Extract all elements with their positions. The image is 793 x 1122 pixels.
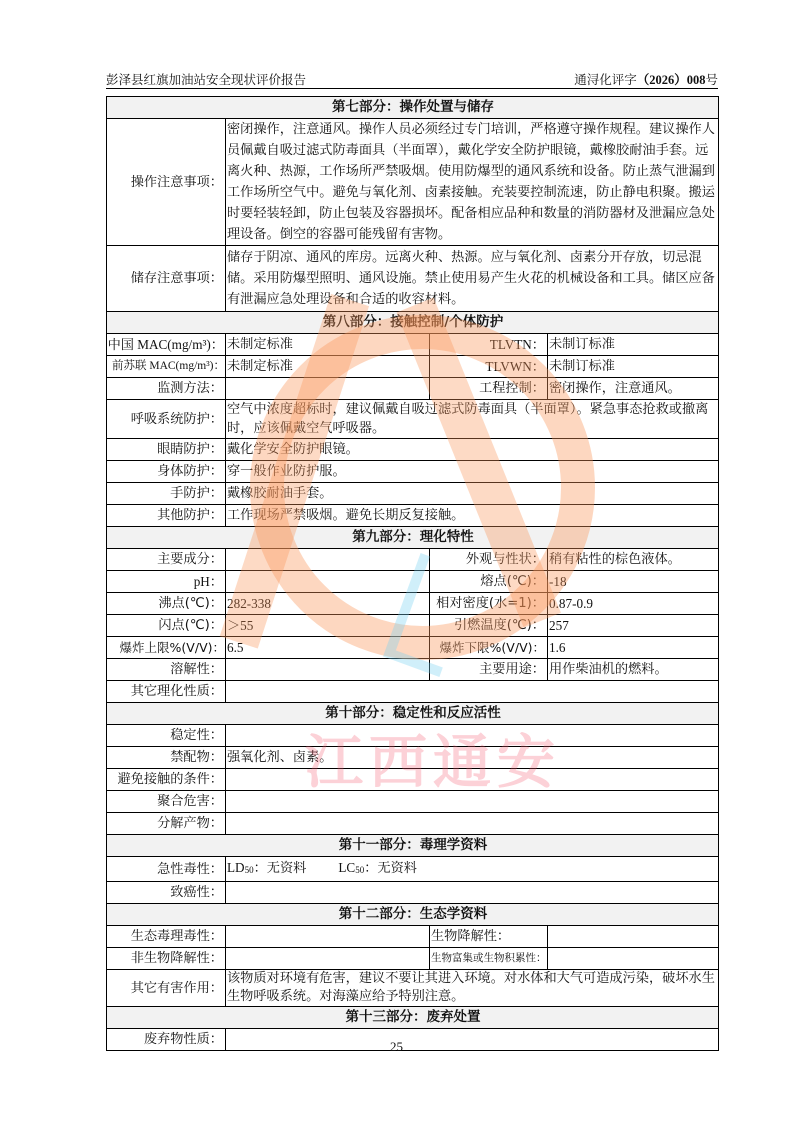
section-12-header: 第十二部分：生态学资料: [107, 904, 719, 926]
acute-toxicity-value: LD50：无资料LC50：无资料: [226, 857, 719, 882]
row-solubility: 溶解性： 主要用途： 用作柴油机的燃料。: [107, 659, 719, 681]
msds-table: 第七部分：操作处置与储存 操作注意事项： 密闭操作，注意通风。操作人员必须经过专…: [106, 96, 719, 1051]
stability-value: [226, 725, 719, 747]
eye-label: 眼睛防护：: [107, 439, 226, 461]
other-effects-value: 该物质对环境有危害，建议不要让其进入环境。对水体和大气可造成污染，破坏水生生物呼…: [226, 970, 719, 1007]
prop-value: 0.87-0.9: [548, 593, 719, 615]
prop-label: 熔点(℃)：: [430, 571, 548, 593]
hand-label: 手防护：: [107, 483, 226, 505]
prop-label: 沸点(℃)：: [107, 593, 226, 615]
report-title: 彭泽县红旗加油站安全现状评价报告: [106, 70, 306, 88]
msds-sheet: 第七部分：操作处置与储存 操作注意事项： 密闭操作，注意通风。操作人员必须经过专…: [106, 96, 718, 1051]
prop-value: 用作柴油机的燃料。: [548, 659, 719, 681]
decomposition-label: 分解产物：: [107, 813, 226, 835]
row-polymerization: 聚合危害：: [107, 791, 719, 813]
page-number: 25: [0, 1039, 793, 1055]
row-body: 身体防护： 穿一般作业防护服。: [107, 461, 719, 483]
body-label: 身体防护：: [107, 461, 226, 483]
prop-value: [226, 549, 430, 571]
page-header: 彭泽县红旗加油站安全现状评价报告 通浔化评字（2026）008号: [106, 68, 718, 89]
row-eye: 眼睛防护： 戴化学安全防护眼镜。: [107, 439, 719, 461]
prop-label: pH：: [107, 571, 226, 593]
hand-value: 戴橡胶耐油手套。: [226, 483, 719, 505]
prop-value: -18: [548, 571, 719, 593]
incompatible-label: 禁配物：: [107, 747, 226, 769]
prop-value: 282-338: [226, 593, 430, 615]
ussr-mac-value: 未制定标准: [226, 356, 430, 378]
stability-label: 稳定性：: [107, 725, 226, 747]
row-monitor: 监测方法： 工程控制： 密闭操作，注意通风。: [107, 378, 719, 400]
engineering-label: 工程控制：: [430, 378, 548, 400]
row-boiling: 沸点(℃)： 282-338 相对密度(水=1)： 0.87-0.9: [107, 593, 719, 615]
row-carcinogenicity: 致癌性：: [107, 882, 719, 904]
prop-value: 1.6: [548, 637, 719, 659]
tlvwn-value: 未制订标准: [548, 356, 719, 378]
biodeg-value: [548, 926, 719, 948]
section-7-header: 第七部分：操作处置与储存: [107, 97, 719, 119]
row-mac-ussr: 前苏联 MAC(mg/m³)： 未制定标准 TLVWN： 未制订标准: [107, 356, 719, 378]
prop-value: 6.5: [226, 637, 430, 659]
monitor-label: 监测方法：: [107, 378, 226, 400]
row-avoid-conditions: 避免接触的条件：: [107, 769, 719, 791]
prop-value: [226, 659, 430, 681]
other-props-value: [226, 681, 719, 703]
row-other-effects: 其它有害作用： 该物质对环境有危害，建议不要让其进入环境。对水体和大气可造成污染…: [107, 970, 719, 1007]
eye-value: 戴化学安全防护眼镜。: [226, 439, 719, 461]
polymerization-label: 聚合危害：: [107, 791, 226, 813]
other-protection-label: 其他防护：: [107, 505, 226, 527]
decomposition-value: [226, 813, 719, 835]
tlvtn-label: TLVTN：: [430, 334, 548, 356]
biodeg-label: 生物降解性：: [430, 926, 548, 948]
nonbio-value: [226, 948, 430, 970]
body-value: 穿一般作业防护服。: [226, 461, 719, 483]
china-mac-label: 中国 MAC(mg/m³)：: [107, 334, 226, 356]
other-effects-label: 其它有害作用：: [107, 970, 226, 1007]
ecotox-value: [226, 926, 430, 948]
prop-label: 主要成分：: [107, 549, 226, 571]
ecotox-label: 生态毒理毒性：: [107, 926, 226, 948]
row-mac-china: 中国 MAC(mg/m³)： 未制定标准 TLVTN： 未制订标准: [107, 334, 719, 356]
row-ph: pH： 熔点(℃)： -18: [107, 571, 719, 593]
tlvwn-label: TLVWN：: [430, 356, 548, 378]
prop-label: 爆炸上限%(V/V)：: [107, 637, 226, 659]
row-operation: 操作注意事项： 密闭操作，注意通风。操作人员必须经过专门培训，严格遵守操作规程。…: [107, 119, 719, 246]
section-10-header: 第十部分：稳定性和反应活性: [107, 703, 719, 725]
section-8-header: 第八部分：接触控制/个体防护: [107, 312, 719, 334]
row-other-props: 其它理化性质：: [107, 681, 719, 703]
tlvtn-value: 未制订标准: [548, 334, 719, 356]
row-respiratory: 呼吸系统防护： 空气中浓度超标时，建议佩戴自吸过滤式防毒面具（半面罩）。紧急事态…: [107, 400, 719, 439]
row-incompatible: 禁配物： 强氧化剂、卤素。: [107, 747, 719, 769]
row-storage: 储存注意事项： 储存于阴凉、通风的库房。远离火种、热源。应与氧化剂、卤素分开存放…: [107, 246, 719, 312]
other-props-label: 其它理化性质：: [107, 681, 226, 703]
other-protection-value: 工作现场严禁吸烟。避免长期反复接触。: [226, 505, 719, 527]
prop-label: 闪点(℃)：: [107, 615, 226, 637]
prop-value: 稍有粘性的棕色液体。: [548, 549, 719, 571]
section-11-header: 第十一部分：毒理学资料: [107, 835, 719, 857]
row-composition: 主要成分： 外观与性状： 稍有粘性的棕色液体。: [107, 549, 719, 571]
carcinogenicity-label: 致癌性：: [107, 882, 226, 904]
row-hand: 手防护： 戴橡胶耐油手套。: [107, 483, 719, 505]
report-number: 通浔化评字（2026）008号: [574, 70, 718, 88]
prop-value: [226, 571, 430, 593]
row-decomposition: 分解产物：: [107, 813, 719, 835]
row-explosion: 爆炸上限%(V/V)： 6.5 爆炸下限%(V/V)： 1.6: [107, 637, 719, 659]
bioacc-value: [548, 948, 719, 970]
section-13-header: 第十三部分：废弃处置: [107, 1007, 719, 1029]
storage-text: 储存于阴凉、通风的库房。远离火种、热源。应与氧化剂、卤素分开存放，切忌混储。采用…: [226, 246, 719, 312]
prop-value: 257: [548, 615, 719, 637]
bioacc-label: 生物富集或生物积累性：: [430, 948, 548, 970]
operation-text: 密闭操作，注意通风。操作人员必须经过专门培训，严格遵守操作规程。建议操作人员佩戴…: [226, 119, 719, 246]
prop-label: 溶解性：: [107, 659, 226, 681]
row-nonbio: 非生物降解性： 生物富集或生物积累性：: [107, 948, 719, 970]
prop-label: 相对密度(水=1)：: [430, 593, 548, 615]
ussr-mac-label: 前苏联 MAC(mg/m³)：: [107, 356, 226, 378]
prop-value: ＞55: [226, 615, 430, 637]
polymerization-value: [226, 791, 719, 813]
row-stability: 稳定性：: [107, 725, 719, 747]
nonbio-label: 非生物降解性：: [107, 948, 226, 970]
incompatible-value: 强氧化剂、卤素。: [226, 747, 719, 769]
engineering-value: 密闭操作，注意通风。: [548, 378, 719, 400]
row-flash: 闪点(℃)： ＞55 引燃温度(℃)： 257: [107, 615, 719, 637]
prop-label: 引燃温度(℃)：: [430, 615, 548, 637]
row-ecotox: 生态毒理毒性： 生物降解性：: [107, 926, 719, 948]
china-mac-value: 未制定标准: [226, 334, 430, 356]
row-other-protection: 其他防护： 工作现场严禁吸烟。避免长期反复接触。: [107, 505, 719, 527]
acute-toxicity-label: 急性毒性：: [107, 857, 226, 882]
avoid-conditions-value: [226, 769, 719, 791]
prop-label: 外观与性状：: [430, 549, 548, 571]
carcinogenicity-value: [226, 882, 719, 904]
respiratory-label: 呼吸系统防护：: [107, 400, 226, 439]
storage-label: 储存注意事项：: [107, 246, 226, 312]
prop-label: 爆炸下限%(V/V)：: [430, 637, 548, 659]
section-9-header: 第九部分：理化特性: [107, 527, 719, 549]
avoid-conditions-label: 避免接触的条件：: [107, 769, 226, 791]
operation-label: 操作注意事项：: [107, 119, 226, 246]
respiratory-value: 空气中浓度超标时，建议佩戴自吸过滤式防毒面具（半面罩）。紧急事态抢救或撤离时，应…: [226, 400, 719, 439]
prop-label: 主要用途：: [430, 659, 548, 681]
monitor-value: [226, 378, 430, 400]
row-acute-toxicity: 急性毒性： LD50：无资料LC50：无资料: [107, 857, 719, 882]
